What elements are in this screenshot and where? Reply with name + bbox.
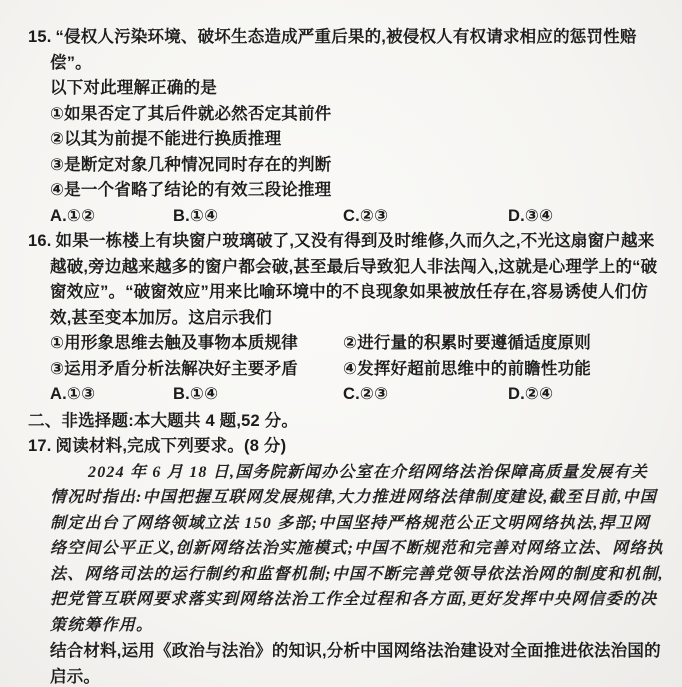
question-16-items-row-1: ①用形象思维去触及事物本质规律 ②进行量的积累时要遵循适度原则 bbox=[50, 331, 664, 357]
question-16-options: A.①③ B.①④ C.②③ D.②④ bbox=[50, 382, 664, 408]
question-16-number: 16. bbox=[28, 232, 56, 250]
question-15-stem-line: 15.“侵权人污染环境、破坏生态造成严重后果的,被侵权人有权请求相应的惩罚性赔偿… bbox=[50, 25, 664, 76]
question-16-stem: 如果一栋楼上有块窗户玻璃破了,又没有得到及时维修,久而久之,不光这扇窗户越来越破… bbox=[50, 232, 657, 327]
question-17-task: 结合材料,运用《政治与法治》的知识,分析中国网络法治建设对全面推进依法治国的启示… bbox=[28, 639, 664, 687]
question-17: 17.阅读材料,完成下列要求。(8 分) bbox=[28, 434, 664, 460]
question-15-stem: “侵权人污染环境、破坏生态造成严重后果的,被侵权人有权请求相应的惩罚性赔偿”。 bbox=[50, 28, 637, 72]
question-16-item-2: ②进行量的积累时要遵循适度原则 bbox=[343, 331, 664, 357]
question-17-number: 17. bbox=[28, 437, 56, 455]
question-16-stem-line: 16.如果一栋楼上有块窗户玻璃破了,又没有得到及时维修,久而久之,不光这扇窗户越… bbox=[50, 229, 664, 331]
question-15-option-c: C.②③ bbox=[343, 204, 508, 230]
question-16-items-row-2: ③运用矛盾分析法解决好主要矛盾 ④发挥好超前思维中的前瞻性功能 bbox=[50, 357, 664, 383]
question-16-item-3: ③运用矛盾分析法解决好主要矛盾 bbox=[50, 357, 343, 383]
question-15-stem2: 以下对此理解正确的是 bbox=[50, 76, 664, 102]
question-15-item-1: ①如果否定了其后件就必然否定其前件 bbox=[50, 102, 664, 128]
question-16-option-d: D.②④ bbox=[508, 382, 664, 408]
exam-page: 15.“侵权人污染环境、破坏生态造成严重后果的,被侵权人有权请求相应的惩罚性赔偿… bbox=[0, 0, 682, 687]
question-15-option-b: B.①④ bbox=[173, 204, 343, 230]
question-15-item-2: ②以其为前提不能进行换质推理 bbox=[50, 127, 664, 153]
question-15-option-a: A.①② bbox=[50, 204, 173, 230]
question-16-option-c: C.②③ bbox=[343, 382, 508, 408]
question-17-intro: 阅读材料,完成下列要求。(8 分) bbox=[56, 437, 287, 455]
question-15-item-3: ③是断定对象几种情况同时存在的判断 bbox=[50, 153, 664, 179]
scan-speck bbox=[74, 655, 77, 658]
question-16-item-1: ①用形象思维去触及事物本质规律 bbox=[50, 331, 343, 357]
question-17-material: 2024 年 6 月 18 日,国务院新闻办公室在介绍网络法治保障高质量发展有关… bbox=[28, 460, 664, 639]
section-2-heading: 二、非选择题:本大题共 4 题,52 分。 bbox=[28, 409, 664, 435]
question-15-options: A.①② B.①④ C.②③ D.③④ bbox=[50, 204, 664, 230]
question-16-option-a: A.①③ bbox=[50, 382, 173, 408]
question-15: 15.“侵权人污染环境、破坏生态造成严重后果的,被侵权人有权请求相应的惩罚性赔偿… bbox=[28, 25, 664, 229]
question-17-intro-line: 17.阅读材料,完成下列要求。(8 分) bbox=[50, 434, 664, 460]
question-15-number: 15. bbox=[28, 28, 56, 46]
question-16-option-b: B.①④ bbox=[173, 382, 343, 408]
question-15-item-4: ④是一个省略了结论的有效三段论推理 bbox=[50, 178, 664, 204]
question-16-item-4: ④发挥好超前思维中的前瞻性功能 bbox=[343, 357, 664, 383]
question-16: 16.如果一栋楼上有块窗户玻璃破了,又没有得到及时维修,久而久之,不光这扇窗户越… bbox=[28, 229, 664, 408]
question-15-option-d: D.③④ bbox=[508, 204, 664, 230]
